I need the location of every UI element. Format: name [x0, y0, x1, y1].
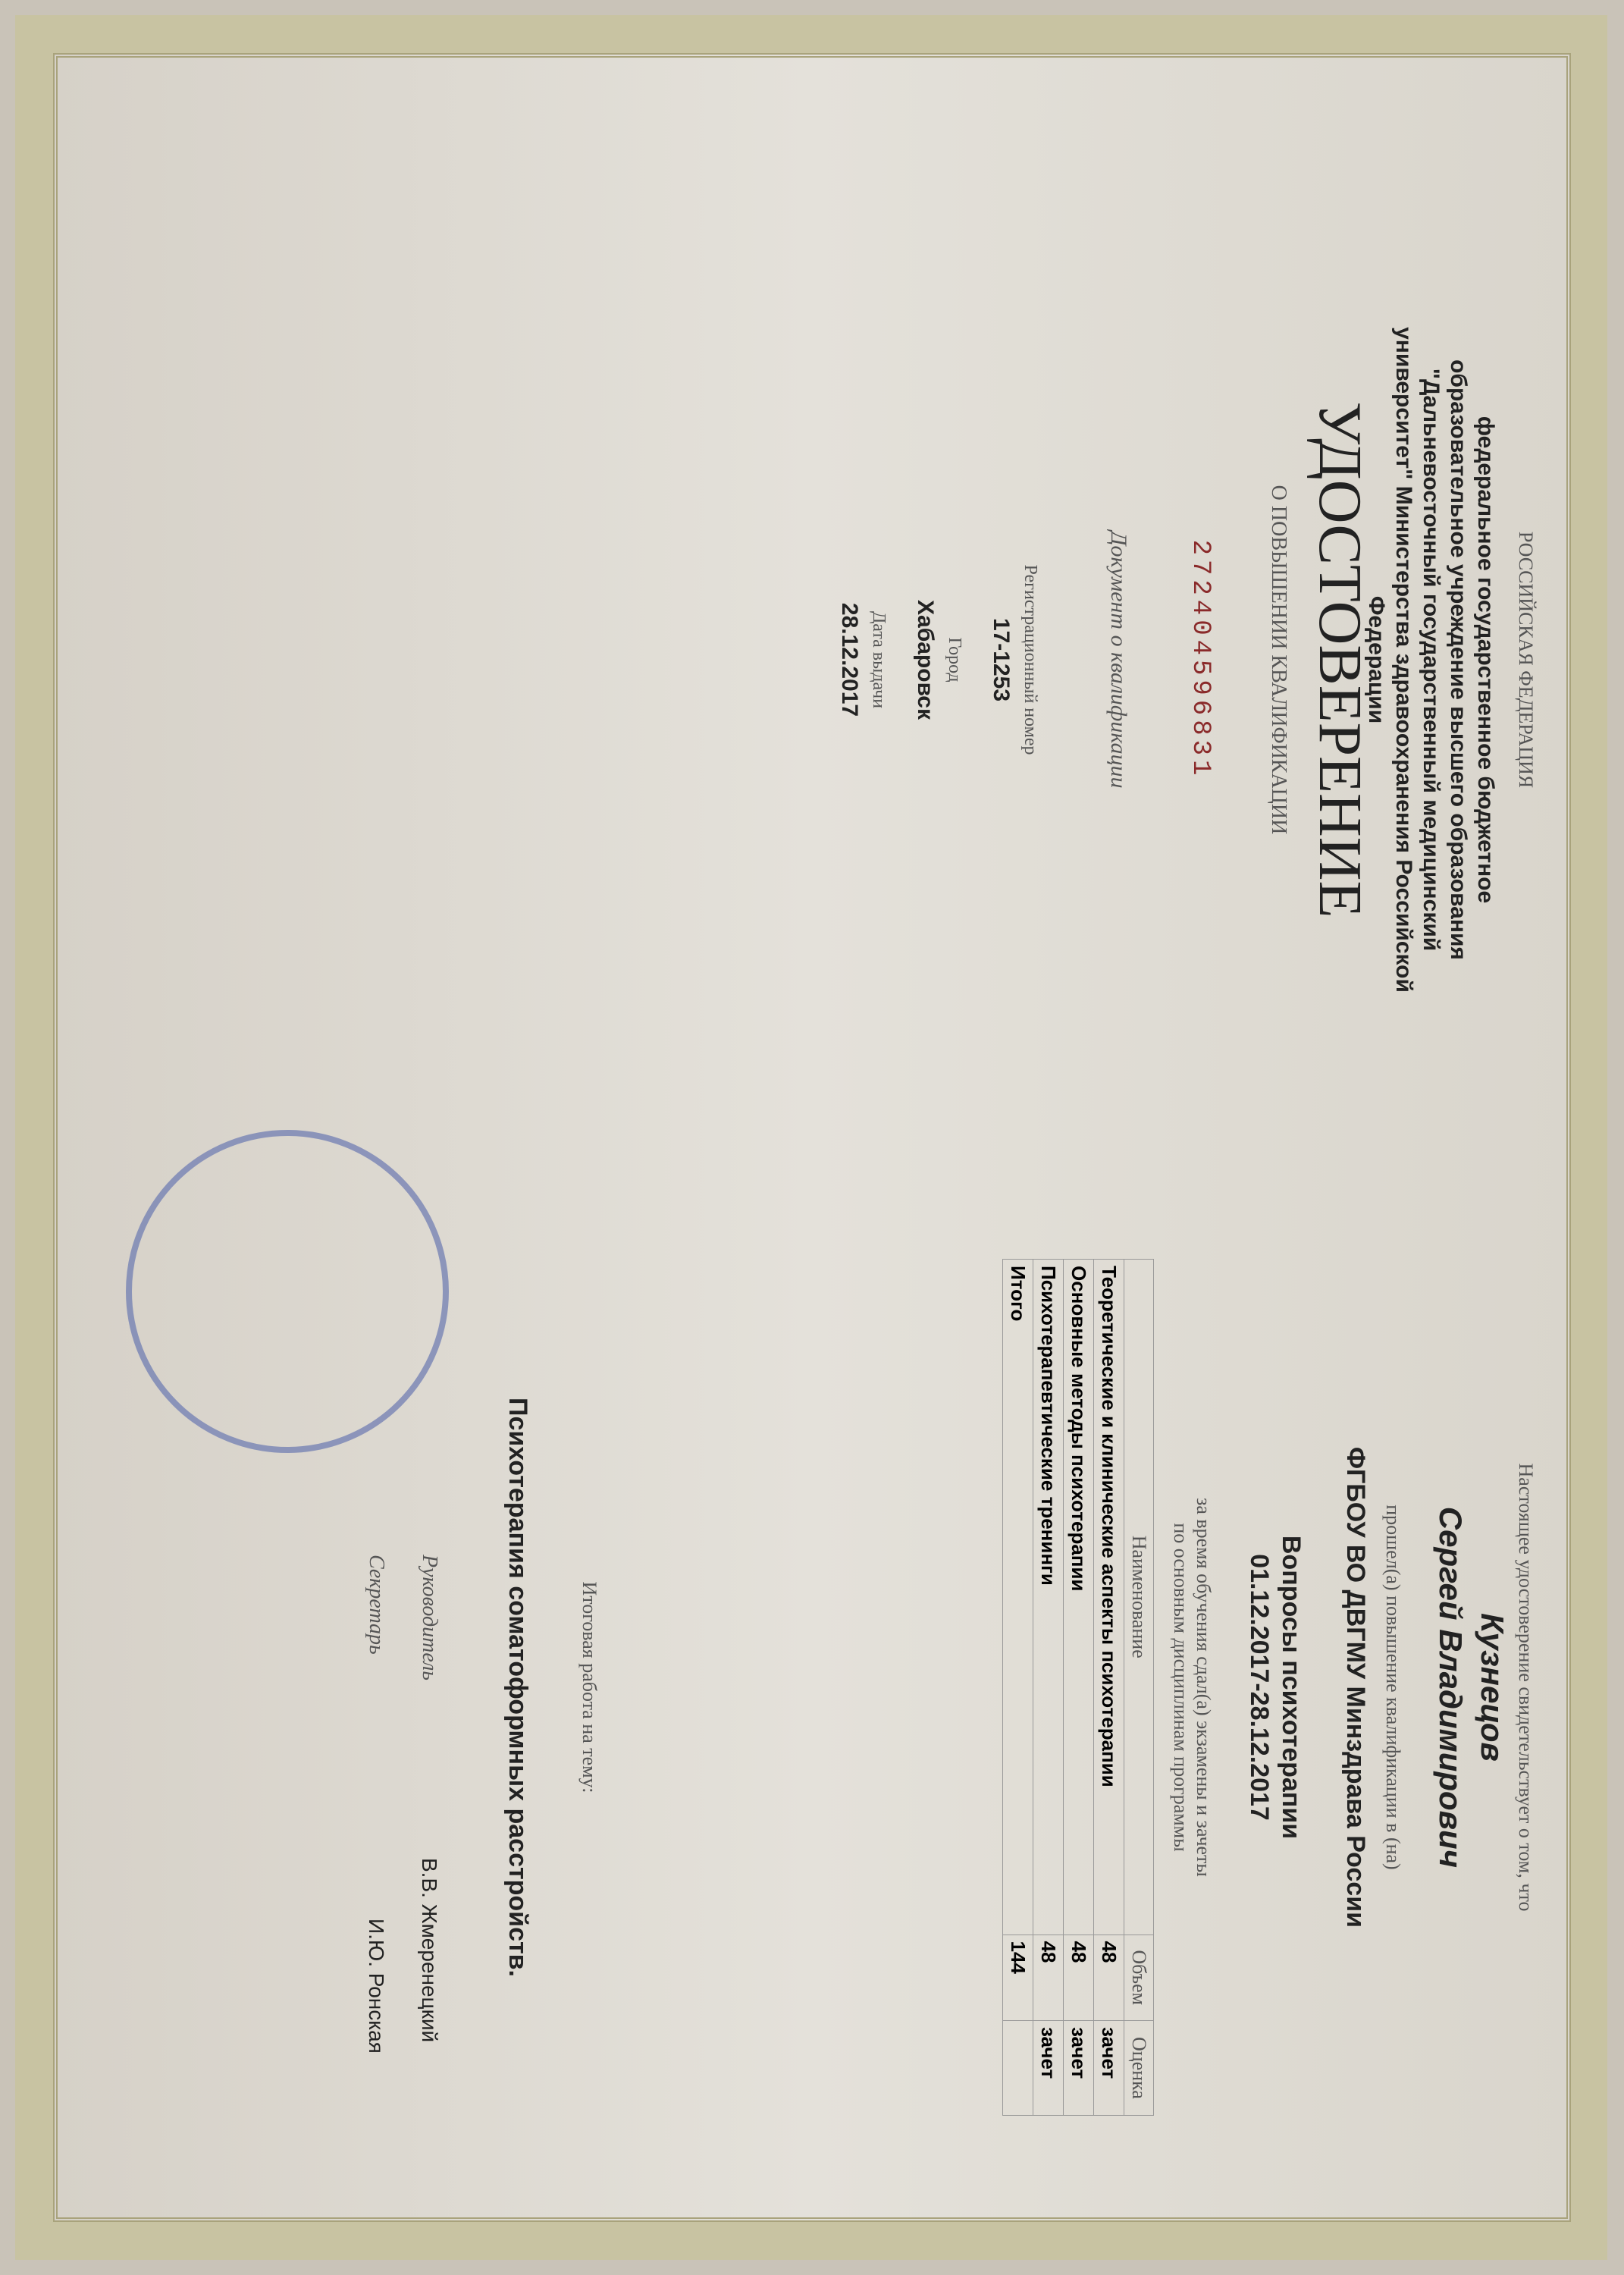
results-table: НаименованиеОбъемОценка Теоретические и …: [1002, 1259, 1154, 2116]
training-org: ФГБОУ ВО ДВГМУ Минздрава России: [1340, 1259, 1370, 2116]
document-subtitle: О ПОВЫШЕНИИ КВАЛИФИКАЦИИ: [1266, 182, 1290, 1137]
official-seal: [126, 1130, 449, 1453]
date-label: Дата выдачи: [868, 182, 889, 1137]
cell: 48: [1033, 1935, 1064, 2020]
secretary-label: Секретарь: [364, 1555, 388, 1655]
cell: Теоретические и клинические аспекты псих…: [1094, 1260, 1124, 1935]
cell: 48: [1064, 1935, 1094, 2020]
city: Хабаровск: [912, 182, 938, 1137]
issue-date: 28.12.2017: [836, 182, 862, 1137]
exams-line: за время обучения сдал(а) экзамены и зач…: [1192, 1259, 1215, 2116]
certificate-content: РОССИЙСКАЯ ФЕДЕРАЦИЯ федеральное государ…: [0, 0, 1624, 2275]
cell: 144: [1003, 1935, 1033, 2020]
header-cell: Наименование: [1124, 1260, 1154, 1935]
doc-type: Документ о квалификации: [1105, 182, 1131, 1137]
reg-label: Регистрационный номер: [1020, 182, 1040, 1137]
serial-number: 272404596831: [1186, 182, 1215, 1137]
table-row: Основные методы психотерапии48зачет: [1064, 1260, 1094, 2116]
cell: Психотерапевтические тренинги: [1033, 1260, 1064, 1935]
cell: Основные методы психотерапии: [1064, 1260, 1094, 1935]
table-row: Психотерапевтические тренинги48зачет: [1033, 1260, 1064, 2116]
program-name: Вопросы психотерапии: [1276, 1259, 1306, 2116]
header-cell: Объем: [1124, 1935, 1154, 2020]
head-name: В.В. Жмеренецкий: [417, 1858, 441, 2042]
cell: 48: [1094, 1935, 1124, 2020]
intro-text: Настоящее удостоверение свидетельствует …: [1514, 1259, 1537, 2116]
cell: зачет: [1094, 2020, 1124, 2115]
city-label: Город: [944, 182, 964, 1137]
final-work-topic: Психотерапия соматоформных расстройств.: [503, 1259, 532, 2116]
document-title: УДОСТОВЕРЕНИЕ: [1305, 182, 1374, 1137]
passed-text: прошел(а) повышение квалификации в (на): [1381, 1259, 1404, 2116]
given-names: Сергей Владимирович: [1432, 1259, 1469, 2116]
cell: Итого: [1003, 1260, 1033, 1935]
organization: федеральное государственное бюджетноеобр…: [1362, 182, 1499, 1137]
cell: зачет: [1064, 2020, 1094, 2115]
cell: [1003, 2020, 1033, 2115]
org-line: университет" Министерства здравоохранени…: [1390, 182, 1417, 1137]
exams-text: за время обучения сдал(а) экзамены и зач…: [1169, 1259, 1215, 2116]
final-work-label: Итоговая работа на тему:: [578, 1259, 600, 2116]
org-line: "Дальневосточный государственный медицин…: [1417, 182, 1444, 1137]
cell: зачет: [1033, 2020, 1064, 2115]
head-label: Руководитель: [417, 1555, 441, 1680]
exams-line: по основным дисциплинам программы: [1169, 1259, 1192, 2116]
table-row: Итого144: [1003, 1260, 1033, 2116]
country: РОССИЙСКАЯ ФЕДЕРАЦИЯ: [1514, 182, 1537, 1137]
training-period: 01.12.2017-28.12.2017: [1244, 1259, 1274, 2116]
secretary-name: И.Ю. Ронская: [364, 1919, 388, 2054]
reg-number: 17-1253: [988, 182, 1014, 1137]
table-header: НаименованиеОбъемОценка: [1124, 1260, 1154, 2116]
org-line: образовательное учреждение высшего образ…: [1444, 182, 1472, 1137]
surname: Кузнецов: [1474, 1259, 1510, 2116]
header-cell: Оценка: [1124, 2020, 1154, 2115]
table-row: Теоретические и клинические аспекты псих…: [1094, 1260, 1124, 2116]
org-line: федеральное государственное бюджетное: [1472, 182, 1499, 1137]
